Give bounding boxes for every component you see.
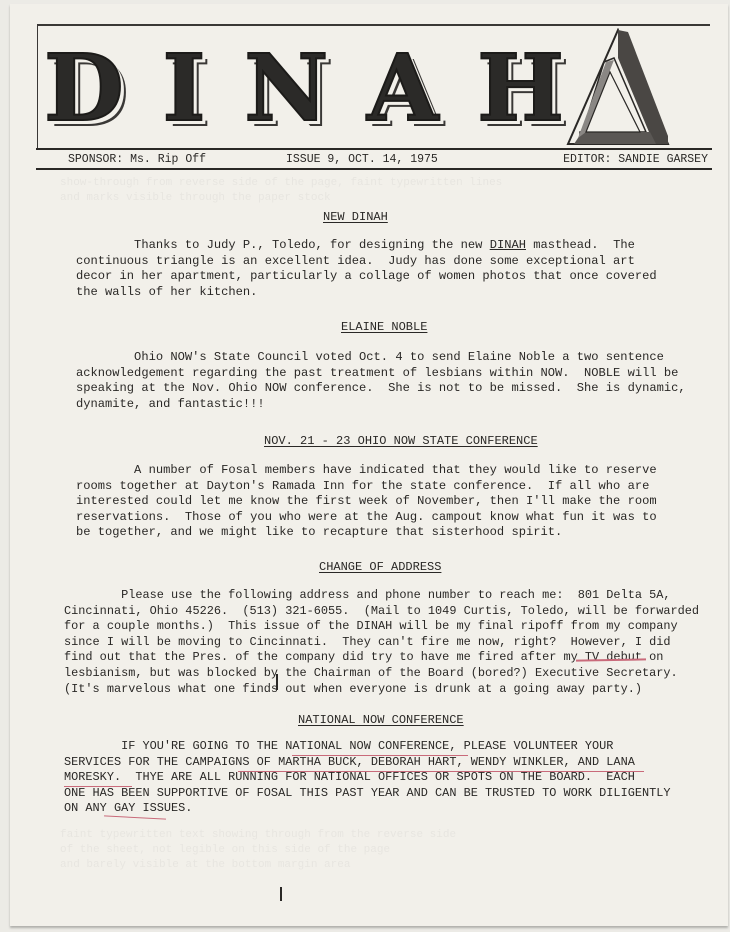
- body-line: acknowledgement regarding the past treat…: [76, 366, 678, 380]
- masthead-title: D I N A H: [44, 32, 564, 144]
- impossible-triangle-logo-icon: [566, 28, 670, 148]
- body-line: continuous triangle is an excellent idea…: [76, 254, 635, 268]
- section-body-change-of-address: Please use the following address and pho…: [64, 588, 674, 697]
- body-line: decor in her apartment, particularly a c…: [76, 269, 657, 283]
- masthead-letter-n: N: [244, 42, 328, 134]
- ink-mark: [280, 887, 282, 901]
- body-line: rooms together at Dayton's Ramada Inn fo…: [76, 479, 649, 493]
- body-line: since I will be moving to Cincinnati. Th…: [64, 635, 671, 649]
- pen-underline-moresky: [64, 786, 132, 787]
- section-body-new-dinah: Thanks to Judy P., Toledo, for designing…: [76, 238, 686, 300]
- body-line: reservations. Those of you who were at t…: [76, 510, 657, 524]
- section-title-elaine-noble: ELAINE NOBLE: [341, 320, 427, 334]
- masthead-top-rule: [38, 24, 710, 26]
- body-line: Thanks to Judy P., Toledo, for designing…: [76, 238, 490, 252]
- masthead-letter-h: H: [477, 42, 564, 134]
- section-title-new-dinah: NEW DINAH: [323, 210, 388, 224]
- masthead-letter-i: I: [162, 42, 205, 134]
- bleed-through-text: faint typewritten text showing through f…: [60, 828, 700, 898]
- body-line: dynamite, and fantastic!!!: [76, 397, 265, 411]
- pen-underline-candidates: [238, 771, 644, 772]
- section-title-change-of-address: CHANGE OF ADDRESS: [319, 560, 441, 574]
- body-line: ONE HAS BEEN SUPPORTIVE OF FOSAL THIS PA…: [64, 786, 671, 800]
- body-line: for a couple months.) This issue of the …: [64, 619, 678, 633]
- section-body-elaine-noble: Ohio NOW's State Council voted Oct. 4 to…: [76, 350, 686, 412]
- body-line: speaking at the Nov. Ohio NOW conference…: [76, 381, 686, 395]
- body-line: be together, and we might like to recapt…: [76, 525, 562, 539]
- body-line: the walls of her kitchen.: [76, 285, 257, 299]
- section-title-national-now-conference: NATIONAL NOW CONFERENCE: [298, 713, 464, 727]
- body-line: IF YOU'RE GOING TO THE NATIONAL NOW CONF…: [64, 739, 613, 753]
- masthead-letter-d: D: [44, 42, 124, 134]
- section-title-ohio-now-conference: NOV. 21 - 23 OHIO NOW STATE CONFERENCE: [264, 434, 538, 448]
- masthead-left-rule: [37, 24, 38, 148]
- body-line: ON ANY GAY ISSUES.: [64, 801, 192, 815]
- body-line: Cincinnati, Ohio 45226. (513) 321-6055. …: [64, 604, 699, 618]
- dinah-underlined: DINAH: [490, 238, 526, 252]
- pen-underline-national-now-conference: [292, 755, 468, 756]
- issue-label: ISSUE 9, OCT. 14, 1975: [286, 152, 438, 168]
- masthead-info-bar: SPONSOR: Ms. Rip Off ISSUE 9, OCT. 14, 1…: [36, 152, 712, 168]
- body-line-tail: masthead. The: [526, 238, 635, 252]
- body-line: (It's marvelous what one finds out when …: [64, 682, 642, 696]
- body-line: A number of Fosal members have indicated…: [76, 463, 657, 477]
- masthead-letter-a: A: [367, 42, 438, 134]
- body-line: lesbianism, but was blocked by the Chair…: [64, 666, 678, 680]
- ink-mark: [276, 674, 278, 690]
- editor-label: EDITOR: SANDIE GARSEY: [563, 152, 708, 168]
- body-line: Ohio NOW's State Council voted Oct. 4 to…: [76, 350, 664, 364]
- sponsor-label: SPONSOR: Ms. Rip Off: [68, 152, 206, 168]
- section-body-ohio-now-conference: A number of Fosal members have indicated…: [76, 463, 686, 541]
- body-line: SERVICES FOR THE CAMPAIGNS OF MARTHA BUC…: [64, 755, 635, 769]
- section-body-national-now-conference: IF YOU'RE GOING TO THE NATIONAL NOW CONF…: [64, 739, 674, 817]
- body-line: Please use the following address and pho…: [64, 588, 671, 602]
- info-bar-rule: [36, 168, 712, 170]
- masthead-bottom-rule: [36, 148, 712, 150]
- body-line: interested could let me know the first w…: [76, 494, 657, 508]
- body-line: find out that the Pres. of the company d…: [64, 650, 663, 664]
